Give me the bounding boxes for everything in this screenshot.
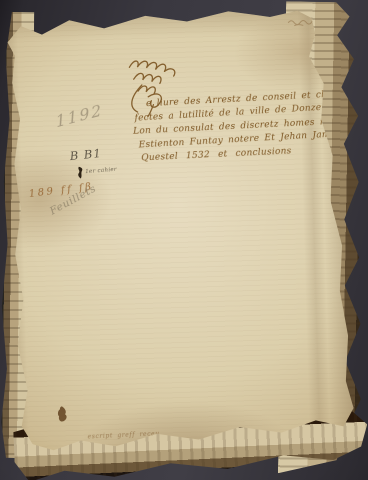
paraph-blot-icon bbox=[76, 166, 84, 179]
ink-blot-icon bbox=[55, 405, 70, 423]
pencil-inscription: 1192 bbox=[55, 92, 135, 131]
title-block: e liure des Arrestz de conseil et chapit… bbox=[132, 90, 339, 166]
archive-cote: B B1 bbox=[69, 146, 102, 163]
cote-note: 1er cahier bbox=[76, 164, 118, 179]
photo-backdrop: e liure des Arrestz de conseil et chapit… bbox=[0, 0, 368, 480]
cote-note-text: 1er cahier bbox=[85, 167, 117, 176]
manuscript-page: e liure des Arrestz de conseil et chapit… bbox=[0, 1, 358, 462]
